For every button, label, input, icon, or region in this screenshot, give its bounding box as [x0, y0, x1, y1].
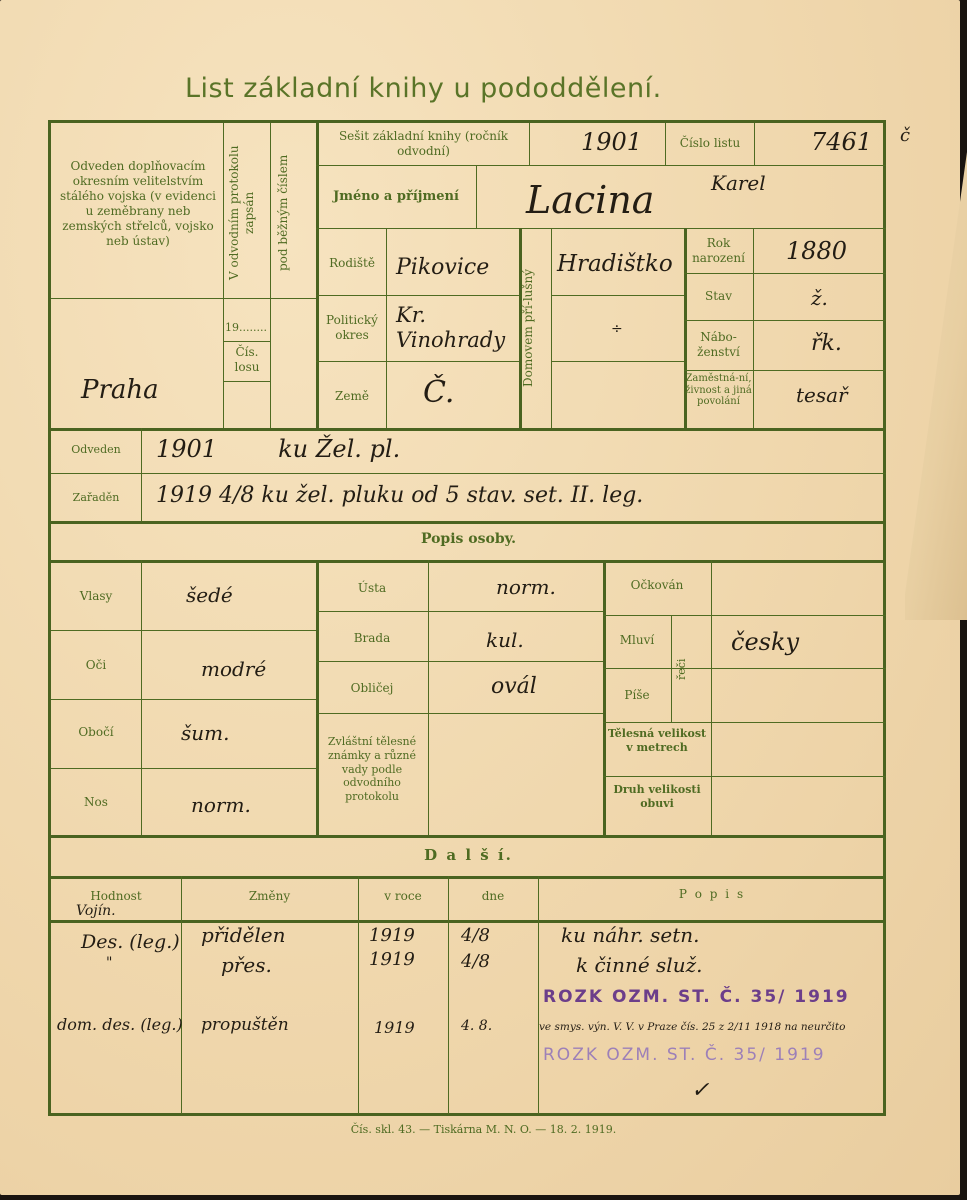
oboci-value: šum.	[181, 721, 229, 745]
pise-label: Píše	[603, 688, 671, 703]
rok-narozeni-value: 1880	[786, 237, 847, 265]
jmeno-label: Jméno a příjmení	[321, 189, 471, 205]
row3-zmeny: propuštěn	[201, 1015, 289, 1035]
zvlastni-znamky-label: Zvláštní tělesné známky a různé vady pod…	[318, 735, 426, 804]
odveden-velitelstvim-value: Praha	[81, 375, 159, 405]
usta-label: Ústa	[316, 581, 428, 596]
oblicej-value: ovál	[491, 674, 537, 699]
oci-value: modré	[201, 657, 266, 681]
sesit-value: 1901	[581, 128, 642, 156]
document-title: List základní knihy u pododdělení.	[185, 73, 662, 104]
sesit-label: Sešit základní knihy (ročník odvodní)	[321, 129, 526, 159]
row3-hodnost: dom. des. (leg.)	[57, 1015, 183, 1034]
zamestnani-label: Zaměstná-ní, živnost a jiná povolání	[685, 373, 752, 408]
telesna-velikost-label: Tělesná velikost v metrech	[603, 727, 711, 755]
hodnost-note: Vojín.	[76, 903, 116, 919]
odvodni-protokol-label: V odvodním protokolu zapsán	[227, 133, 267, 293]
nos-label: Nos	[51, 795, 141, 810]
politicky-okres-value: Kr. Vinohrady	[396, 303, 516, 353]
row1-zmeny: přidělen	[201, 923, 286, 947]
odveden-label: Odveden	[51, 443, 141, 457]
rodiste-value: Pikovice	[396, 255, 489, 280]
jmeno-value: Karel	[711, 171, 766, 195]
vlasy-label: Vlasy	[51, 589, 141, 604]
row1-den: 4/8	[461, 925, 490, 946]
druh-obuvi-label: Druh velikosti obuvi	[603, 783, 711, 811]
mluvi-label: Mluví	[603, 633, 671, 648]
printer-footer: Čís. skl. 43. — Tiskárna M. N. O. — 18. …	[0, 1123, 967, 1136]
nabozenstvi-value: řk.	[811, 331, 842, 356]
row3-rok: 1919	[374, 1018, 415, 1037]
nos-value: norm.	[191, 793, 251, 817]
reci-label: řeči	[675, 633, 707, 705]
odveden-velitelstvim-label: Odveden doplňovacím okresním velitelství…	[57, 159, 219, 249]
oboci-label: Obočí	[51, 725, 141, 740]
cislo-listu-label: Číslo listu	[667, 136, 753, 151]
col-popis: P o p i s	[538, 887, 886, 902]
zaraden-value: 1919 4/8 ku žel. pluku od 5 stav. set. I…	[156, 483, 643, 508]
col-zmeny: Změny	[181, 889, 358, 904]
usta-value: norm.	[496, 575, 556, 599]
rodiste-label: Rodiště	[319, 256, 385, 271]
row2-popis: k činné služ.	[576, 953, 702, 977]
rok-narozeni-label: Rok narození	[685, 236, 752, 266]
cislo-listu-value: 7461	[811, 128, 872, 156]
odveden-value: 1901 ku Žel. pl.	[156, 435, 400, 463]
zeme-label: Země	[319, 389, 385, 404]
reci-value: česky	[731, 628, 799, 656]
stav-value: ž.	[811, 286, 828, 310]
row3-den: 4. 8.	[461, 1018, 492, 1034]
zamestnani-value: tesař	[796, 383, 848, 407]
row1-popis: ku náhr. setn.	[561, 923, 700, 947]
domovem-value-2: ÷	[611, 321, 623, 337]
cislo-listu-suffix: č	[900, 125, 910, 146]
domovem-value: Hradištko	[557, 251, 673, 277]
stamp-2: ROZK OZM. ST. Č. 35/ 1919	[543, 1045, 826, 1065]
ockovan-label: Očkován	[603, 578, 711, 593]
row1-hodnost: Des. (leg.)	[81, 931, 180, 953]
row3-popis: ve smys. výn. V. V. v Praze čís. 25 z 2/…	[539, 1021, 884, 1033]
row2-rok: 1919	[369, 949, 415, 970]
year-prefix: 19........	[225, 321, 269, 335]
row1-rok: 1919	[369, 925, 415, 946]
col-hodnost: Hodnost	[51, 889, 181, 904]
popis-osoby-heading: Popis osoby.	[51, 531, 886, 549]
row2-zmeny: přes.	[221, 953, 272, 977]
check-mark-icon: ✓	[691, 1078, 709, 1103]
nabozenstvi-label: Nábo-ženství	[685, 330, 752, 360]
stamp-1: ROZK OZM. ST. Č. 35/ 1919	[543, 987, 850, 1007]
pod-beznym-cislem-label: pod běžným číslem	[276, 133, 312, 293]
row2-den: 4/8	[461, 951, 490, 972]
vlasy-value: šedé	[186, 583, 233, 607]
oci-label: Oči	[51, 658, 141, 673]
col-v-roce: v roce	[358, 889, 448, 904]
col-dne: dne	[448, 889, 538, 904]
prijmeni-value: Lacina	[526, 178, 654, 222]
cislo-losu-label: Čís. losu	[225, 345, 269, 375]
row2-hodnost: "	[106, 955, 112, 971]
zeme-value: Č.	[423, 375, 454, 410]
stav-label: Stav	[685, 289, 752, 304]
politicky-okres-label: Politický okres	[319, 313, 385, 343]
brada-label: Brada	[316, 631, 428, 646]
domovem-prislusny-label: Domovem pří-lušný	[521, 238, 549, 418]
record-form: Odveden doplňovacím okresním velitelství…	[48, 120, 886, 1116]
dalsi-heading: D a l š í.	[51, 846, 886, 865]
oblicej-label: Obličej	[316, 681, 428, 696]
brada-value: kul.	[486, 628, 524, 652]
zaraden-label: Zařaděn	[51, 491, 141, 505]
